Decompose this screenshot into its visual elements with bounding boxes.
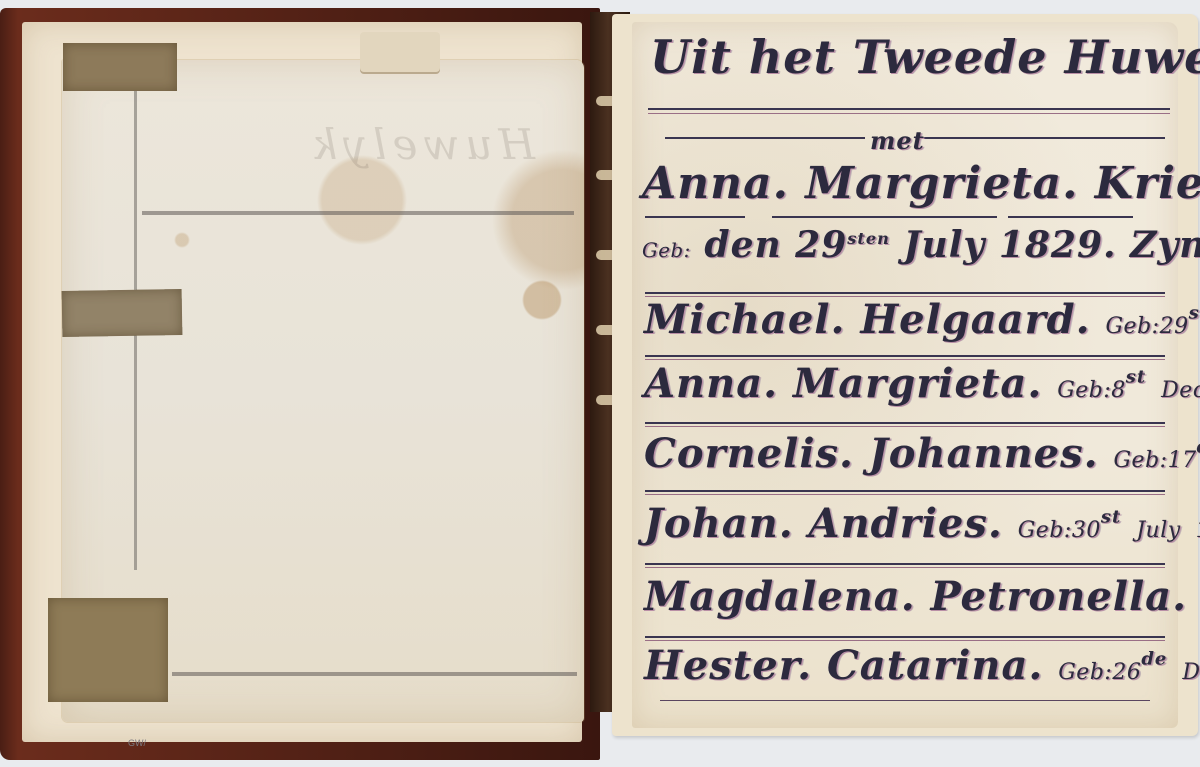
born-label: Geb: [1058, 660, 1112, 685]
row-rule [645, 355, 1165, 357]
bottom-rule [660, 700, 1150, 701]
torn-paper-fragment [360, 32, 440, 72]
row-rule [645, 422, 1165, 424]
connector-word: met [870, 126, 925, 155]
left-page-bottom-rule [172, 672, 577, 676]
row-rule [645, 490, 1165, 492]
title-rule [648, 113, 1170, 114]
born-label: Geb: [1018, 518, 1072, 543]
birth-place: Zyngeshoten. [1130, 224, 1200, 266]
row-rule [645, 563, 1165, 565]
repair-tape-top [63, 43, 177, 91]
row-rule [645, 640, 1165, 641]
born-label: Geb: [1057, 378, 1111, 403]
met-rule-left [665, 137, 865, 139]
row-rule [645, 567, 1165, 568]
row-rule [645, 292, 1165, 294]
child-entry: Cornelis. Johannes. Geb:17de Oct 1859. [644, 430, 1200, 477]
spouse-name: Anna. Margrieta. Kriek. [642, 158, 1200, 209]
row-rule [645, 636, 1165, 638]
spouse-underline [1008, 216, 1133, 218]
child-name: Anna. Margrieta. [644, 360, 1042, 407]
child-entry: Michael. Helgaard. Geb:29st Nov 1855. [644, 296, 1200, 343]
born-label: Geb: [1105, 314, 1159, 339]
spouse-underline [645, 216, 745, 218]
repair-tape-bottom [48, 598, 168, 702]
birth-ordinal: sten [847, 229, 890, 248]
left-page-top-rule [142, 211, 574, 215]
born-label: Geb: [1113, 448, 1167, 473]
spouse-underline [772, 216, 997, 218]
row-rule [645, 494, 1165, 495]
born-label: Geb: [642, 239, 691, 262]
child-entry: Johan. Andries. Geb:30st July 1865. [644, 500, 1200, 547]
child-name: Johan. Andries. [644, 500, 1003, 547]
child-name: Michael. Helgaard. [644, 296, 1091, 343]
pencil-catalog-mark: GW/ [128, 738, 146, 748]
title-rule [648, 108, 1170, 110]
repair-tape-middle [62, 289, 183, 337]
child-entry: Magdalena. Petronella. Geb:9de Augt 1867… [644, 573, 1200, 620]
register-title: Uit het Tweede Huwelyk [650, 30, 1200, 84]
child-entry: Anna. Margrieta. Geb:8st Dec. 1857. [644, 360, 1200, 407]
met-rule-right [915, 137, 1165, 139]
spouse-birth-line: Geb: den 29sten July 1829. Zyngeshoten. [642, 224, 1200, 266]
birth-month-year: July 1829. [904, 224, 1117, 266]
open-book-photo: Huwelyk GW/ Uit het Tweede Huwelyk met A… [0, 0, 1200, 767]
child-name: Hester. Catarina. [644, 642, 1043, 689]
child-name: Magdalena. Petronella. [644, 573, 1187, 620]
child-name: Cornelis. Johannes. [644, 430, 1099, 477]
row-rule [645, 426, 1165, 427]
child-entry: Hester. Catarina. Geb:26de Dec: 1869. [644, 642, 1200, 689]
bleed-through-text: Huwelyk [175, 120, 535, 180]
birth-day: den 29 [704, 224, 847, 266]
